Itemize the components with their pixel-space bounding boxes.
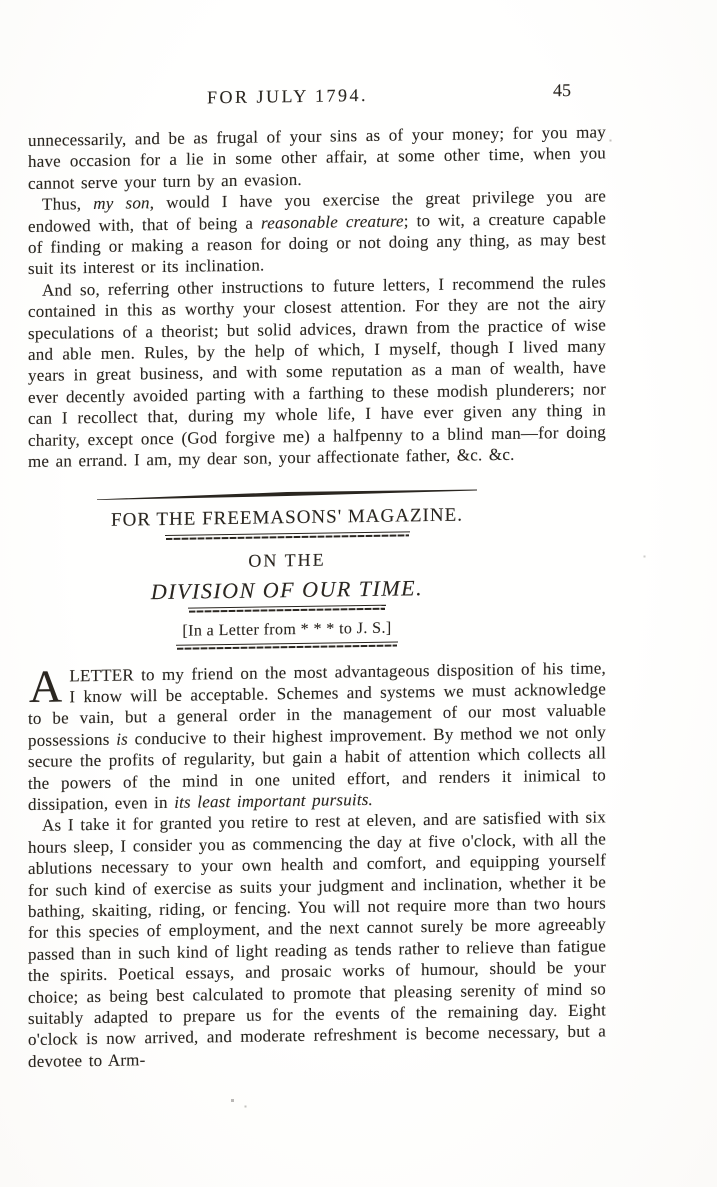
letter-paragraph-1: unnecessarily, and be as frugal of your … <box>28 121 606 194</box>
double-rule-ornament <box>188 604 386 613</box>
double-rule-ornament <box>165 531 410 541</box>
page-content: FOR JULY 1794. 45 unnecessarily, and be … <box>28 77 606 1072</box>
letter-p2-italic-my-son: my son <box>93 193 149 213</box>
article-heading-section: FOR THE FREEMASONS' MAGAZINE. ON THE DIV… <box>27 503 547 653</box>
letter-p2-italic-reasonable-creature: reasonable creature <box>261 211 404 232</box>
article-paragraph-1: ALETTER to my friend on the most advanta… <box>28 657 606 815</box>
dropcap-letter: A <box>29 667 62 707</box>
magazine-scanned-page: FOR JULY 1794. 45 unnecessarily, and be … <box>0 0 717 1187</box>
double-rule-ornament <box>176 641 398 650</box>
page-number: 45 <box>553 80 571 101</box>
subtitle-prefix: ON THE <box>27 546 547 575</box>
section-divider-swelled-rule <box>97 482 477 496</box>
article-paragraph-2: As I take it for granted you retire to r… <box>28 807 606 1072</box>
article-byline: [In a Letter from * * * to J. S.] <box>27 617 547 643</box>
article-body-section: ALETTER to my friend on the most advanta… <box>28 657 606 1072</box>
letter-conclusion-section: unnecessarily, and be as frugal of your … <box>28 121 606 472</box>
swelled-rule-shape <box>97 487 477 501</box>
scan-speckles <box>0 0 1 1</box>
article-title: DIVISION OF OUR TIME. <box>27 573 547 607</box>
article-p1-italic-is: is <box>116 729 128 748</box>
letter-paragraph-3: And so, referring other instructions to … <box>28 271 606 472</box>
letter-paragraph-2: Thus, my son, would I have you exercise … <box>28 186 606 280</box>
running-head: FOR JULY 1794. 45 <box>28 77 606 130</box>
running-title: FOR JULY 1794. <box>207 85 368 108</box>
letter-p2-text: Thus, <box>42 194 93 214</box>
article-p1-italic-pursuits: its least important pursuits. <box>174 790 373 812</box>
magazine-heading: FOR THE FREEMASONS' MAGAZINE. <box>27 503 547 533</box>
